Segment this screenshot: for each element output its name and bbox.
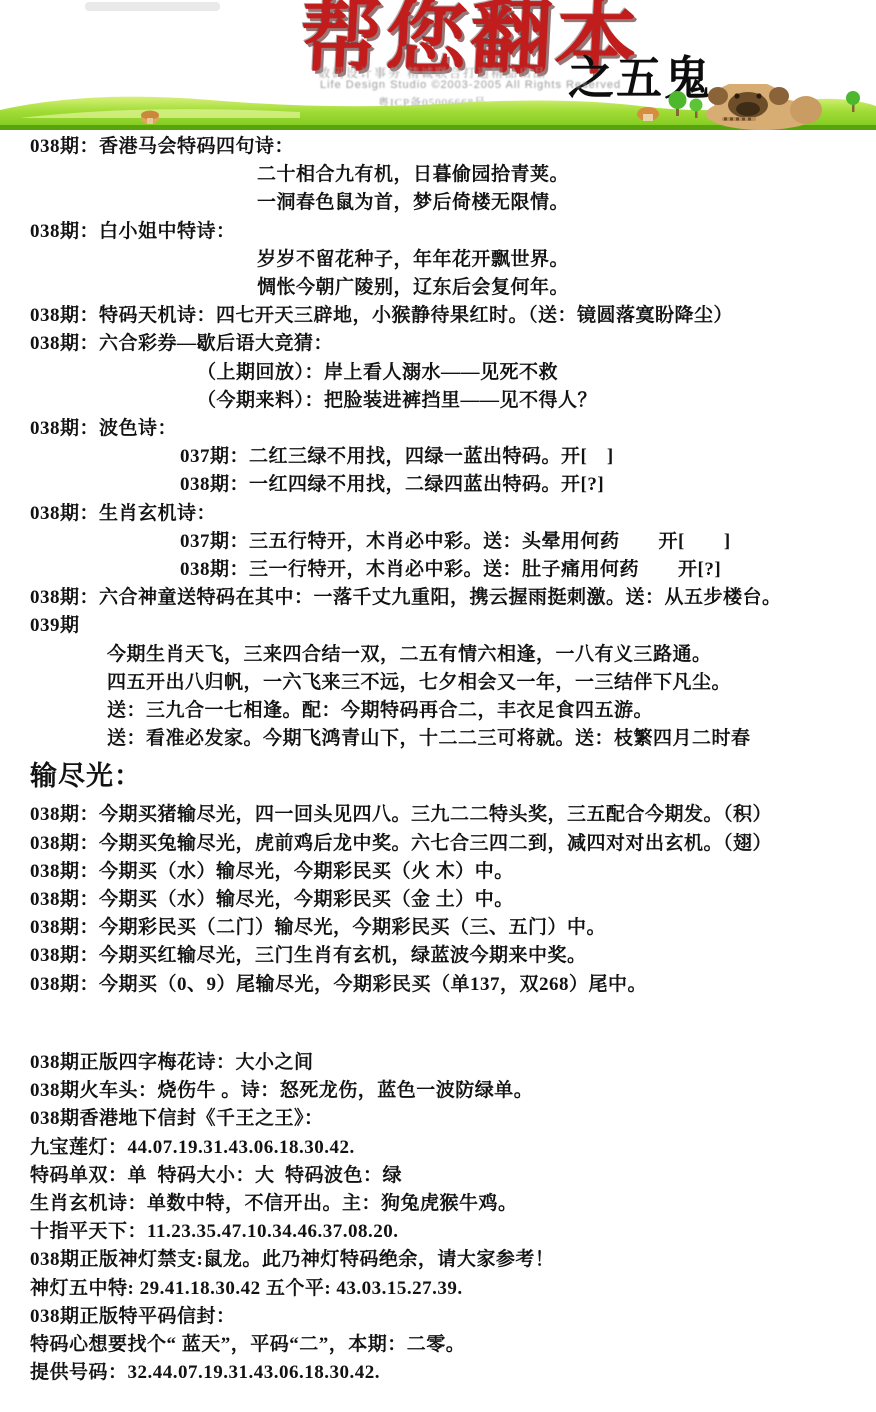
text-line: 特码单双：单 特码大小：大 特码波色：绿 (30, 1162, 876, 1190)
text-lines: 038期：香港马会特码四句诗：二十相合九有机，日暮偷园拾青荚。一洞春色鼠为首，梦… (0, 133, 876, 1387)
scan-smudge (85, 2, 220, 11)
text-line: 037期：三五行特开，木肖必中彩。送：头晕用何药 开[ ] (180, 528, 876, 556)
text-line: 四五开出八归帆，一六飞来三不远，七夕相会又一年，一三结伴下凡尘。 (107, 669, 876, 697)
masthead: 帮您翻本 之五鬼 数码设计事务 精诚联合打造精品出品 Life Design S… (0, 0, 876, 133)
text-line: 038期：今期买（水）输尽光，今期彩民买（火 木）中。 (30, 858, 876, 886)
text-line: 038期：今期买兔输尽光，虎前鸡后龙中奖。六七合三四二到，减四对对出玄机。（翅） (30, 830, 876, 858)
dog-illustration (706, 84, 822, 130)
text-line: 038期正版四字梅花诗：大小之间 (30, 1049, 876, 1077)
grass-hill-illustration (0, 84, 876, 133)
text-line: （上期回放）：岸上看人溺水——见死不救 (197, 359, 876, 387)
text-line: 038期：今期买猪输尽光，四一回头见四八。三九二二特头奖，三五配合今期发。（积） (30, 801, 876, 829)
text-line: 038期：今期买（0、9）尾输尽光，今期彩民买（单137，双268）尾中。 (30, 971, 876, 999)
section-heading: 输尽光： (30, 759, 876, 793)
text-line: 038期正版特平码信封： (30, 1303, 876, 1331)
text-line: 039期 (30, 612, 876, 640)
text-line: 037期：二红三绿不用找，四绿一蓝出特码。开[ ] (180, 443, 876, 471)
text-line: 九宝莲灯：44.07.19.31.43.06.18.30.42. (30, 1134, 876, 1162)
text-line: 038期：今期买（水）输尽光，今期彩民买（金 土）中。 (30, 886, 876, 914)
text-line: 038期：特码天机诗：四七开天三辟地，小猴静待果红时。（送：镜圆落寞盼降尘） (30, 302, 876, 330)
text-line: 二十相合九有机，日暮偷园拾青荚。 (257, 161, 876, 189)
text-line: 038期：生肖玄机诗： (30, 500, 876, 528)
text-line: 提供号码：32.44.07.19.31.43.06.18.30.42. (30, 1359, 876, 1387)
text-line: 生肖玄机诗：单数中特，不信开出。主：狗兔虎猴牛鸡。 (30, 1190, 876, 1218)
text-line: 特码心想要找个“ 蓝天”，平码“二”，本期：二零。 (30, 1331, 876, 1359)
text-line: 送：看准必发家。今期飞鸿青山下，十二二三可将就。送：枝繁四月二时春 (107, 725, 876, 753)
text-line: 038期：一红四绿不用找，二绿四蓝出特码。开[?] (180, 471, 876, 499)
text-line: 038期：今期彩民买（二门）输尽光，今期彩民买（三、五门）中。 (30, 914, 876, 942)
text-line: 038期：波色诗： (30, 415, 876, 443)
text-line: 038期正版神灯禁支:鼠龙。此乃神灯特码绝余，请大家参考！ (30, 1246, 876, 1274)
mushroom-icon (637, 107, 659, 121)
text-line: 一洞春色鼠为首，梦后倚楼无限情。 (257, 189, 876, 217)
text-line: （今期来料）：把脸装进裤挡里——见不得人？ (197, 387, 876, 415)
page: 帮您翻本 之五鬼 数码设计事务 精诚联合打造精品出品 Life Design S… (0, 0, 876, 1412)
text-line: 038期香港地下信封《千王之王》： (30, 1105, 876, 1133)
text-line: 038期：六合彩券—歇后语大竞猜： (30, 330, 876, 358)
text-line: 送：三九合一七相逢。配：今期特码再合二，丰衣足食四五游。 (107, 697, 876, 725)
text-line: 038期：香港马会特码四句诗： (30, 133, 876, 161)
mushroom-icon (141, 111, 159, 125)
content: 038期：香港马会特码四句诗：二十相合九有机，日暮偷园拾青荚。一洞春色鼠为首，梦… (0, 133, 876, 1387)
text-line: 岁岁不留花种子，年年花开飘世界。 (257, 246, 876, 274)
text-line: 038期：三一行特开，木肖必中彩。送：肚子痛用何药 开[?] (180, 556, 876, 584)
text-line: 038期：今期买红输尽光，三门生肖有玄机，绿蓝波今期来中奖。 (30, 942, 876, 970)
text-line: 神灯五中特: 29.41.18.30.42 五个平: 43.03.15.27.3… (30, 1275, 876, 1303)
text-line: 十指平天下：11.23.35.47.10.34.46.37.08.20. (30, 1218, 876, 1246)
text-line: 惆怅今朝广陵别，辽东后会复何年。 (257, 274, 876, 302)
text-line: 038期火车头：烧伤牛 。诗：怒死龙伤，蓝色一波防绿单。 (30, 1077, 876, 1105)
text-line: 今期生肖天飞，三来四合结一双，二五有情六相逢，一八有义三路通。 (107, 641, 876, 669)
text-line: 038期：白小姐中特诗： (30, 218, 876, 246)
text-line: 038期：六合神童送特码在其中：一落千丈九重阳，携云握雨挺刺激。送：从五步楼台。 (30, 584, 876, 612)
